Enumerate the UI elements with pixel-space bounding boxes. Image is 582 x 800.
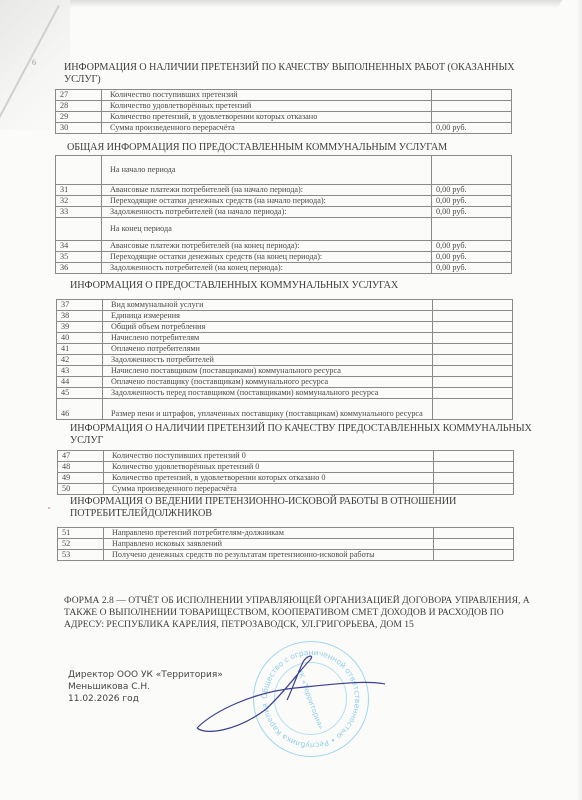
table-row: 36Задолженность потребителей (на конец п… <box>56 263 512 274</box>
row-value <box>432 101 512 112</box>
row-value <box>434 462 514 473</box>
subheader-label: На конец периода <box>102 218 432 241</box>
row-number: 40 <box>57 333 103 344</box>
row-value <box>432 90 512 101</box>
row-number: 28 <box>56 101 102 112</box>
row-value <box>433 322 513 333</box>
row-value <box>434 451 514 462</box>
form-title: ФОРМА 2.8 — ОТЧЁТ ОБ ИСПОЛНЕНИИ УПРАВЛЯЮ… <box>64 595 534 631</box>
row-value <box>433 388 513 399</box>
row-label: Авансовые платежи потребителей (на начал… <box>102 185 432 196</box>
row-number: 29 <box>56 112 102 123</box>
row-value <box>432 112 512 123</box>
section-title-general-utilities: ОБЩАЯ ИНФОРМАЦИЯ ПО ПРЕДОСТАВЛЕННЫМ КОММ… <box>67 142 547 154</box>
row-value <box>433 311 513 322</box>
row-value <box>434 539 514 550</box>
table-row: 33Задолженность потребителей (на начало … <box>56 207 512 218</box>
row-number: 37 <box>57 300 103 311</box>
row-number: 35 <box>56 252 102 263</box>
section-title-claims-utilities: ИНФОРМАЦИЯ О НАЛИЧИИ ПРЕТЕНЗИЙ ПО КАЧЕСТ… <box>70 423 560 447</box>
row-number: 42 <box>57 355 103 366</box>
row-label: Задолженность потребителей (на начало пе… <box>102 207 432 218</box>
row-value: 0,00 руб. <box>432 241 512 252</box>
section-title-claims-works: ИНФОРМАЦИЯ О НАЛИЧИИ ПРЕТЕНЗИЙ ПО КАЧЕСТ… <box>64 62 544 86</box>
table-subheader-row: На конец периода <box>56 218 512 241</box>
row-value <box>434 484 514 495</box>
table-row: 53Получено денежных средств по результат… <box>58 550 514 561</box>
table-row: 46Размер пени и штрафов, уплаченных пост… <box>57 399 513 420</box>
row-value <box>433 366 513 377</box>
row-number: 53 <box>58 550 104 561</box>
table-subheader-row: На начало периода <box>56 156 512 185</box>
row-number: 33 <box>56 207 102 218</box>
signature-block: Директор ООО УК «Территория» Меньшикова … <box>68 669 223 705</box>
table-row: 29Количество претензий, в удовлетворении… <box>56 112 512 123</box>
row-label: Переходящие остатки денежных средств (на… <box>102 252 432 263</box>
empty-cell <box>432 156 512 185</box>
row-number: 41 <box>57 344 103 355</box>
table-utilities-info: 37Вид коммунальной услуги38Единица измер… <box>56 299 513 420</box>
row-number: 52 <box>58 539 104 550</box>
table-row: 34Авансовые платежи потребителей (на кон… <box>56 241 512 252</box>
table-row: 35Переходящие остатки денежных средств (… <box>56 252 512 263</box>
table-row: 31Авансовые платежи потребителей (на нач… <box>56 185 512 196</box>
row-number: 32 <box>56 196 102 207</box>
table-row: 45Задолженность перед поставщиком (поста… <box>57 388 513 399</box>
row-number: 34 <box>56 241 102 252</box>
table-row: 42Задолженность потребителей <box>57 355 513 366</box>
row-number: 47 <box>58 451 104 462</box>
table-row: 37Вид коммунальной услуги <box>57 300 513 311</box>
row-label: Переходящие остатки денежных средств (на… <box>102 196 432 207</box>
row-value: 0,00 руб. <box>432 207 512 218</box>
row-number: 39 <box>57 322 103 333</box>
row-label: Вид коммунальной услуги <box>103 300 433 311</box>
row-label: Оплачено потребителями <box>103 344 433 355</box>
table-row: 30Сумма произведенного перерасчёта0,00 р… <box>56 123 512 134</box>
page-right-edge <box>576 0 582 800</box>
row-number: 44 <box>57 377 103 388</box>
row-label: Количество претензий, в удовлетворении к… <box>102 112 432 123</box>
row-value: 0,00 руб. <box>432 185 512 196</box>
table-row: 51Направлено претензий потребителям-долж… <box>58 528 514 539</box>
row-label: Количество удовлетворённых претензий <box>102 101 432 112</box>
subheader-label: На начало периода <box>102 156 432 185</box>
row-number: 46 <box>57 399 103 420</box>
row-label: Количество удовлетворённых претензий 0 <box>104 462 434 473</box>
table-row: 49Количество претензий, в удовлетворении… <box>58 473 514 484</box>
row-label: Сумма произведенного перерасчёта <box>104 484 434 495</box>
row-value <box>433 300 513 311</box>
row-value: 0,00 руб. <box>432 196 512 207</box>
row-value <box>434 473 514 484</box>
table-row: 41Оплачено потребителями <box>57 344 513 355</box>
row-label: Авансовые платежи потребителей (на конец… <box>102 241 432 252</box>
table-row: 47Количество поступивших претензий 0 <box>58 451 514 462</box>
row-label: Задолженность потребителей (на конец пер… <box>102 263 432 274</box>
row-label: Общий объем потребления <box>103 322 433 333</box>
table-row: 40Начислено потребителям <box>57 333 513 344</box>
row-value <box>434 550 514 561</box>
row-value: 0,00 руб. <box>432 252 512 263</box>
row-value <box>433 344 513 355</box>
row-label: Оплачено поставщику (поставщикам) коммун… <box>103 377 433 388</box>
row-number: 27 <box>56 90 102 101</box>
table-general-utilities: На начало периода31Авансовые платежи пот… <box>55 155 512 274</box>
table-row: 39Общий объем потребления <box>57 322 513 333</box>
empty-cell <box>56 218 102 241</box>
row-label: Единица измерения <box>103 311 433 322</box>
table-row: 32Переходящие остатки денежных средств (… <box>56 196 512 207</box>
ink-dot <box>48 507 50 509</box>
row-number: 43 <box>57 366 103 377</box>
row-value <box>433 355 513 366</box>
empty-cell <box>432 218 512 241</box>
table-row: 28Количество удовлетворённых претензий <box>56 101 512 112</box>
row-value <box>433 399 513 420</box>
row-number: 30 <box>56 123 102 134</box>
row-value <box>433 333 513 344</box>
signatory-position: Директор ООО УК «Территория» <box>68 669 223 681</box>
row-number: 50 <box>58 484 104 495</box>
row-label: Размер пени и штрафов, уплаченных постав… <box>103 399 433 420</box>
empty-cell <box>56 156 102 185</box>
row-value <box>434 528 514 539</box>
row-label: Сумма произведенного перерасчёта <box>102 123 432 134</box>
page-top-shadow <box>38 0 563 8</box>
row-label: Получено денежных средств по результатам… <box>104 550 434 561</box>
row-number: 48 <box>58 462 104 473</box>
row-value <box>433 377 513 388</box>
row-label: Начислено потребителям <box>103 333 433 344</box>
table-row: 43Начислено поставщиком (поставщиками) к… <box>57 366 513 377</box>
row-value: 0,00 руб. <box>432 263 512 274</box>
table-litigation: 51Направлено претензий потребителям-долж… <box>57 527 514 561</box>
section-title-utilities-info: ИНФОРМАЦИЯ О ПРЕДОСТАВЛЕННЫХ КОММУНАЛЬНЫ… <box>70 280 550 292</box>
row-label: Количество претензий, в удовлетворении к… <box>104 473 434 484</box>
row-value: 0,00 руб. <box>432 123 512 134</box>
document-page: 6 ИНФОРМАЦИЯ О НАЛИЧИИ ПРЕТЕНЗИЙ ПО КАЧЕ… <box>0 0 582 800</box>
margin-mark: 6 <box>32 58 36 67</box>
row-label: Задолженность перед поставщиком (поставщ… <box>103 388 433 399</box>
row-number: 38 <box>57 311 103 322</box>
row-number: 36 <box>56 263 102 274</box>
table-row: 38Единица измерения <box>57 311 513 322</box>
row-label: Начислено поставщиком (поставщиками) ком… <box>103 366 433 377</box>
table-row: 50Сумма произведенного перерасчёта <box>58 484 514 495</box>
section-title-litigation: ИНФОРМАЦИЯ О ВЕДЕНИИ ПРЕТЕНЗИОННО-ИСКОВО… <box>70 496 550 520</box>
row-number: 51 <box>58 528 104 539</box>
table-row: 27Количество поступивших претензий <box>56 90 512 101</box>
row-number: 49 <box>58 473 104 484</box>
table-claims-works: 27Количество поступивших претензий28Коли… <box>55 89 512 134</box>
table-claims-utilities: 47Количество поступивших претензий 048Ко… <box>57 450 514 495</box>
signature-date: 11.02.2026 год <box>68 693 223 705</box>
row-label: Направлено исковых заявлений <box>104 539 434 550</box>
signature-icon <box>195 640 395 750</box>
table-row: 44Оплачено поставщику (поставщикам) комм… <box>57 377 513 388</box>
row-label: Задолженность потребителей <box>103 355 433 366</box>
row-label: Количество поступивших претензий <box>102 90 432 101</box>
signatory-name: Меньшикова С.Н. <box>68 681 223 693</box>
table-row: 48Количество удовлетворённых претензий 0 <box>58 462 514 473</box>
row-label: Направлено претензий потребителям-должни… <box>104 528 434 539</box>
row-number: 45 <box>57 388 103 399</box>
table-row: 52Направлено исковых заявлений <box>58 539 514 550</box>
row-label: Количество поступивших претензий 0 <box>104 451 434 462</box>
row-number: 31 <box>56 185 102 196</box>
